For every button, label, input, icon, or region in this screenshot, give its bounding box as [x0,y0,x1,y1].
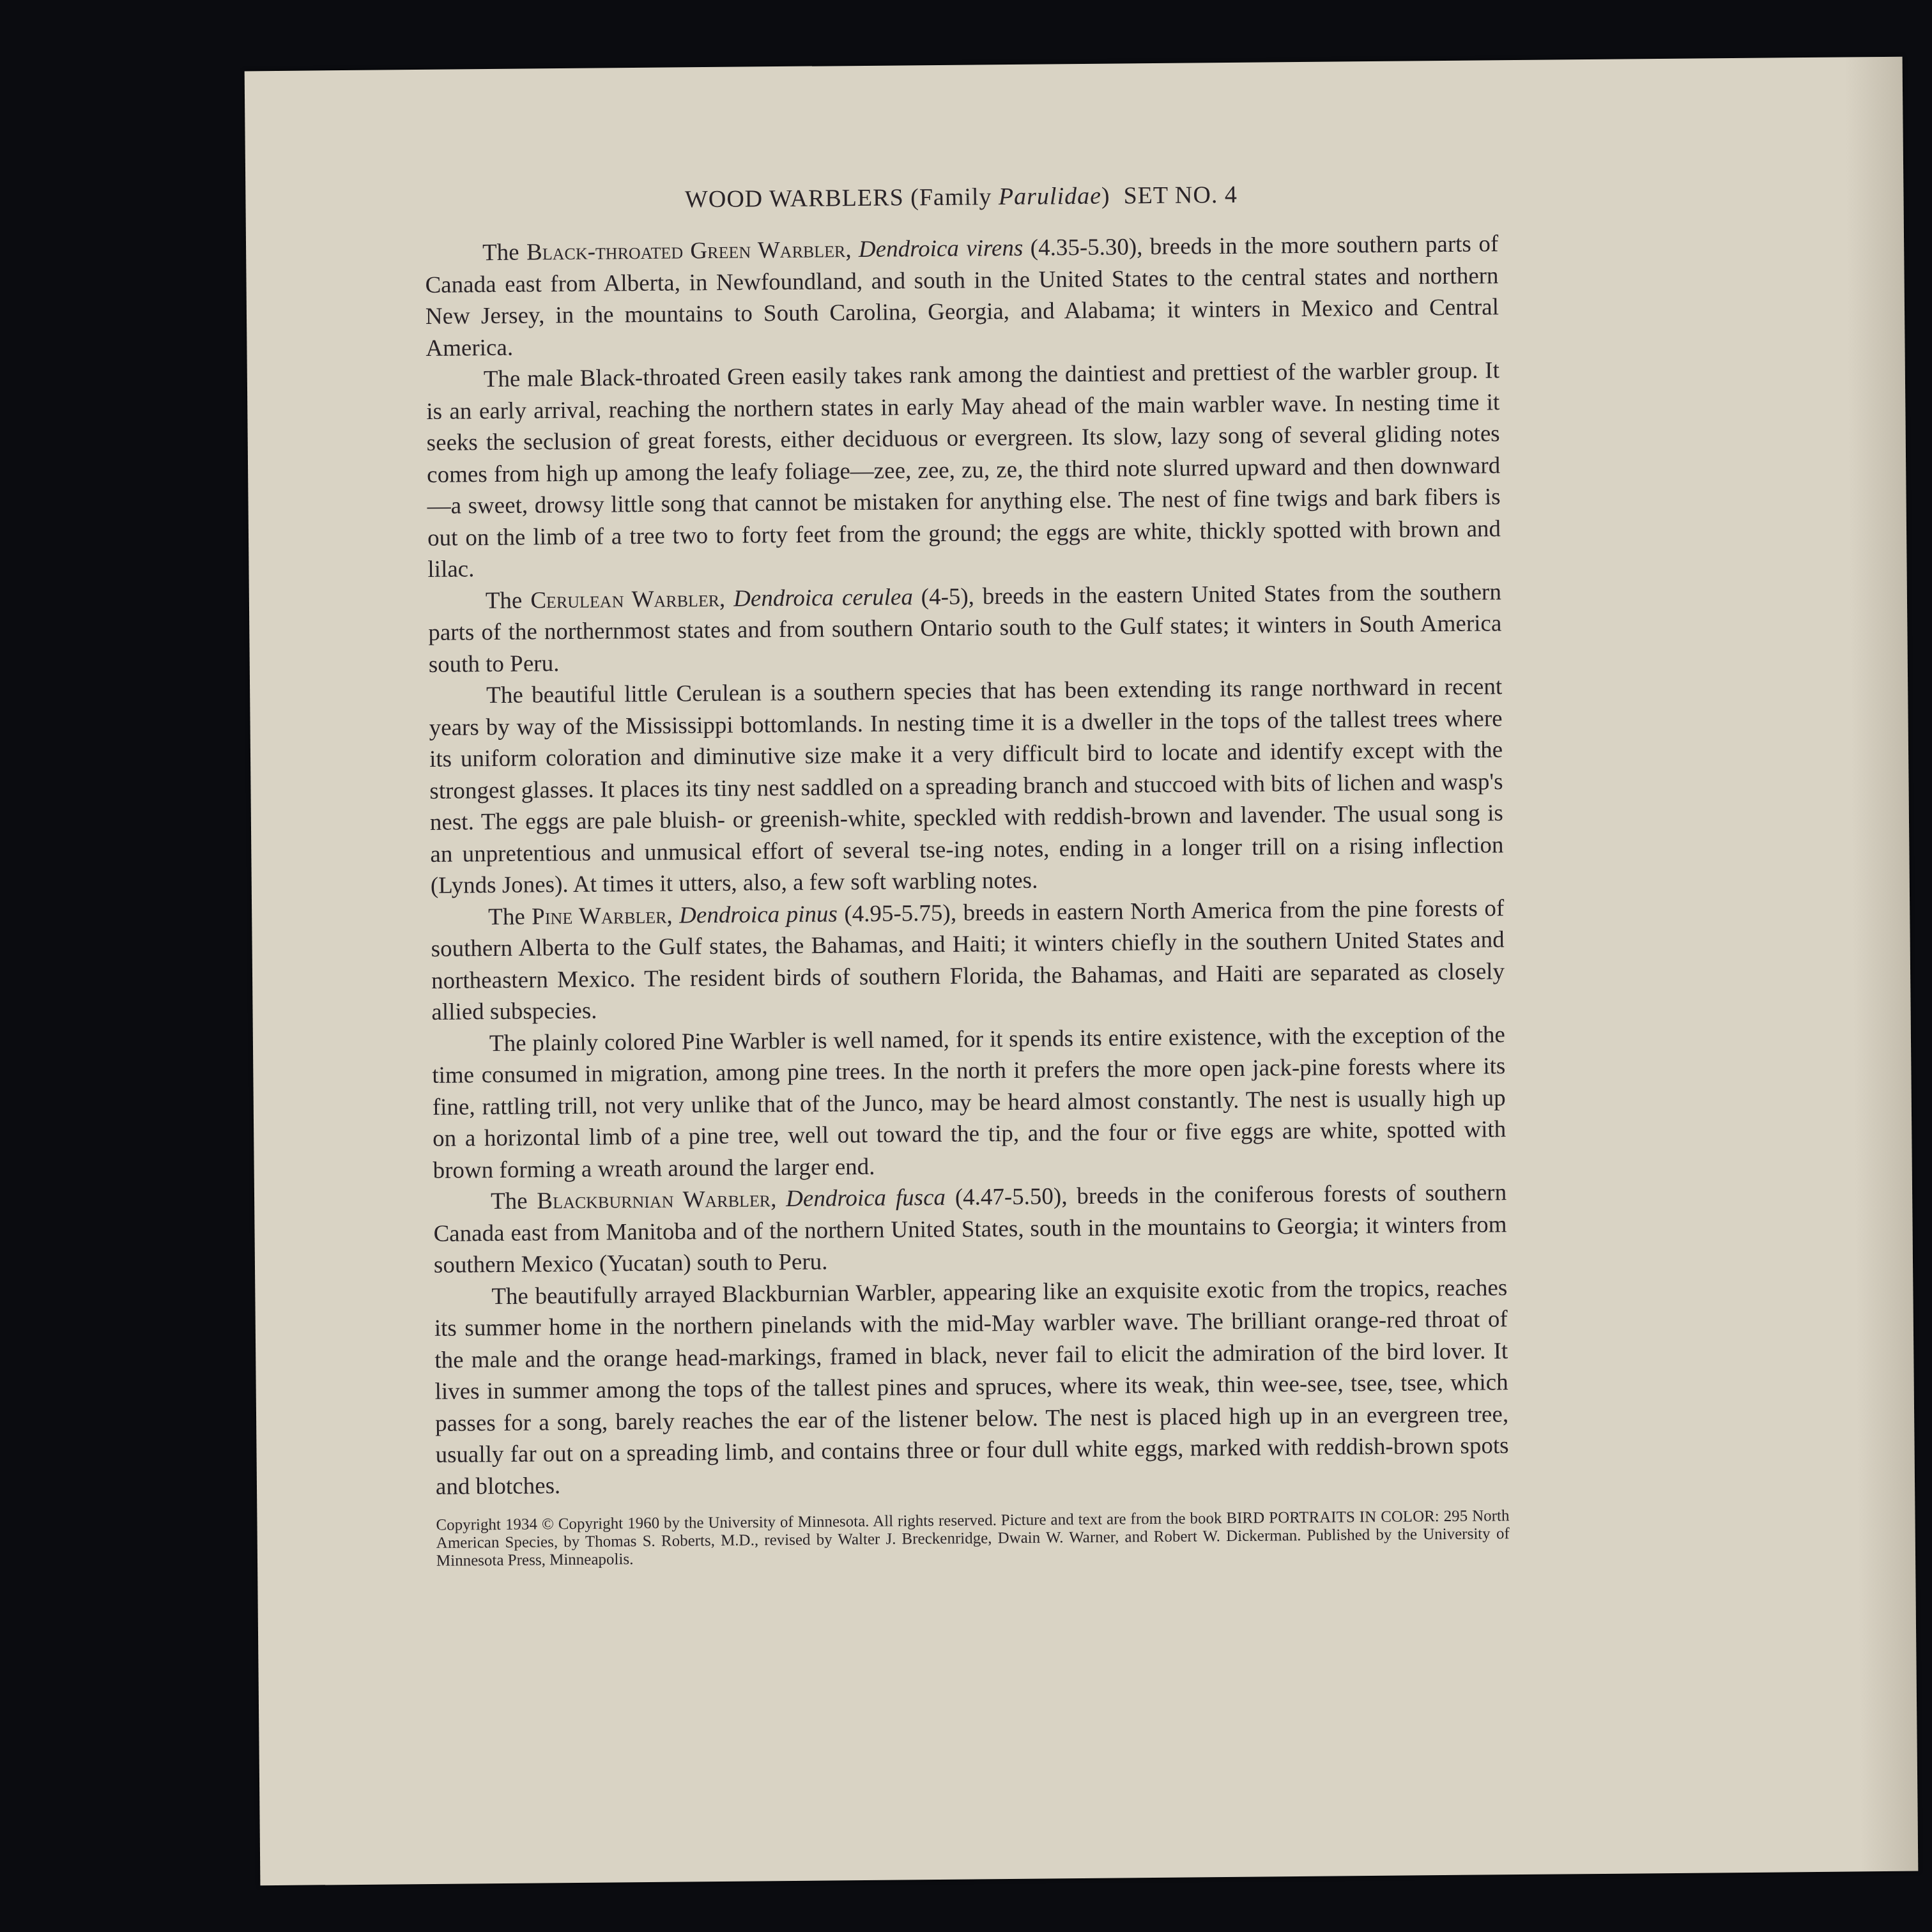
page-title: WOOD WARBLERS (Family Parulidae) SET NO.… [424,178,1498,216]
species-description: The plainly colored Pine Warbler is well… [432,1019,1506,1186]
sheet-content: WOOD WARBLERS (Family Parulidae) SET NO.… [424,178,1510,1570]
title-prefix: WOOD WARBLERS (Family [685,183,999,213]
copyright-notice: Copyright 1934 © Copyright 1960 by the U… [436,1507,1510,1570]
scientific-name: Dendroica pinus [679,901,838,928]
scientific-name: Dendroica virens [859,235,1023,263]
species-name: Black-throated Green Warbler [526,236,846,265]
species-intro-cerulean: The Cerulean Warbler, Dendroica cerulea … [428,576,1502,680]
species-description: The beautiful little Cerulean is a south… [429,671,1504,901]
printed-sheet: WOOD WARBLERS (Family Parulidae) SET NO.… [245,57,1919,1886]
set-number: SET NO. 4 [1123,181,1238,210]
scientific-name: Dendroica cerulea [733,584,913,611]
scientific-name: Dendroica fusca [786,1184,946,1212]
species-name: Cerulean Warbler [530,585,719,613]
species-description: The male Black-throated Green easily tak… [426,355,1501,585]
species-intro-pine: The Pine Warbler, Dendroica pinus (4.95-… [431,893,1505,1029]
lead: The [486,587,531,614]
species-intro-blackburnian: The Blackburnian Warbler, Dendroica fusc… [433,1177,1507,1281]
lead: The [482,240,526,266]
title-family: Parulidae [999,183,1101,210]
lead: The [491,1188,537,1215]
title-suffix: ) [1101,183,1110,210]
species-description: The beautifully arrayed Blackburnian War… [434,1272,1509,1503]
species-name: Blackburnian Warbler [537,1186,770,1214]
lead: The [488,903,532,930]
species-name: Pine Warbler [532,902,667,930]
species-intro-black-throated-green: The Black-throated Green Warbler, Dendro… [425,228,1499,364]
